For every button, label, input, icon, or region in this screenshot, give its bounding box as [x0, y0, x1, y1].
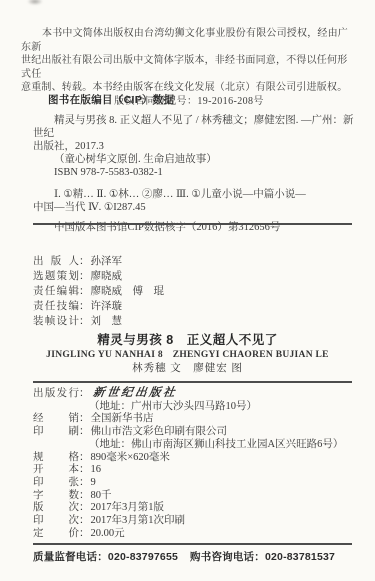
detail-value: 20.00元 [91, 528, 125, 539]
detail-row: 印次：2017年3月第1次印刷 [33, 515, 355, 528]
cip-class-line: 中国—当代 Ⅳ. ①I287.45 [33, 201, 355, 214]
staff-name: 许泽璇 [91, 301, 123, 312]
cip-heading: 图书在版编目（CIP）数据 [48, 94, 355, 107]
divider-rule [33, 381, 352, 383]
cip-class-line: Ⅰ. ①精… Ⅱ. ①林… ②廖… Ⅲ. ①儿童小说—中篇小说— [33, 188, 355, 201]
detail-label: 规格 [33, 452, 79, 465]
book-title: 精灵与男孩 8 正义超人不见了 [0, 333, 375, 348]
detail-label: 印张 [33, 477, 79, 490]
cip-entry-line: 精灵与男孩 8. 正义超人不见了 / 林秀穗文；廖健宏图. —广州：新世纪 [33, 114, 355, 140]
staff-row: 选题策划：廖晓威 [33, 269, 333, 284]
colon: ： [79, 502, 90, 515]
detail-address: （地址：广州市大沙头四马路10号） [89, 401, 355, 414]
colon: ： [79, 314, 90, 329]
staff-name: 刘 慧 [91, 316, 123, 327]
staff-role: 出版人 [33, 254, 79, 269]
staff-name: 廖晓威 傅 琨 [91, 286, 165, 297]
book-title-pinyin: JINGLING YU NANHAI 8 ZHENGYI CHAOREN BUJ… [0, 348, 375, 362]
cip-entry-line: 出版社，2017.3 [33, 140, 355, 153]
detail-value: 80千 [91, 490, 112, 501]
detail-value: 佛山市浩文彩色印刷有限公司 [91, 426, 228, 437]
detail-label: 字数 [33, 490, 79, 503]
colon: ： [79, 490, 90, 503]
staff-row: 出版人：孙泽军 [33, 254, 333, 269]
detail-label: 开本 [33, 464, 79, 477]
scan-artifact [27, 0, 43, 5]
colon: ： [79, 284, 90, 299]
detail-row: 出版发行：新世纪出版社 [33, 387, 355, 401]
staff-role: 责任技编 [33, 299, 79, 314]
detail-label: 定价 [33, 528, 79, 541]
staff-role: 装帧设计 [33, 314, 79, 329]
detail-row: 印张：9 [33, 477, 355, 490]
detail-label: 经销 [33, 413, 79, 426]
staff-name: 廖晓威 [91, 271, 123, 282]
detail-row: 印刷：佛山市浩文彩色印刷有限公司 [33, 426, 355, 439]
colon: ： [79, 269, 90, 284]
staff-role: 选题策划 [33, 269, 79, 284]
divider-rule [33, 223, 352, 225]
detail-row: 定价：20.00元 [33, 528, 355, 541]
quality-phone: 质量监督电话：020-83797655 [33, 551, 178, 563]
detail-address: （地址：佛山市南海区狮山科技工业园A区兴旺路6号） [89, 439, 355, 452]
copyright-line: 本书中文简体出版权由台湾幼狮文化事业股份有限公司授权，经由广东新 [21, 27, 357, 54]
detail-label: 出版发行 [33, 388, 79, 401]
detail-row: 字数：80千 [33, 490, 355, 503]
colon: ： [79, 426, 90, 439]
colon: ： [79, 477, 90, 490]
detail-value: 全国新华书店 [91, 413, 154, 424]
footer-phones: 质量监督电话：020-83797655购书咨询电话：020-83781537 [33, 549, 363, 564]
detail-value: 890毫米×620毫米 [91, 452, 170, 463]
cip-isbn: ISBN 978-7-5583-0382-1 [33, 166, 355, 179]
staff-name: 孙泽军 [91, 256, 123, 267]
cip-series-line: （童心树华文原创. 生命启迪故事） [33, 153, 355, 166]
detail-value: 2017年3月第1次印刷 [91, 515, 186, 526]
colon: ： [79, 528, 90, 541]
staff-row: 装帧设计：刘 慧 [33, 314, 333, 329]
publishing-details: 出版发行：新世纪出版社 （地址：广州市大沙头四马路10号） 经销：全国新华书店 … [33, 387, 355, 540]
colon: ： [79, 452, 90, 465]
detail-label: 印刷 [33, 426, 79, 439]
detail-row: 版次：2017年3月第1版 [33, 502, 355, 515]
copyright-line: 世纪出版社有限公司出版中文简体字版本，非经书面同意，不得以任何形式任 [21, 54, 357, 81]
purchase-phone: 购书咨询电话：020-83781537 [190, 551, 335, 563]
detail-label: 印次 [33, 515, 79, 528]
colon: ： [79, 413, 90, 426]
staff-row: 责任编辑：廖晓威 傅 琨 [33, 284, 333, 299]
staff-row: 责任技编：许泽璇 [33, 299, 333, 314]
detail-row: 规格：890毫米×620毫米 [33, 452, 355, 465]
divider-rule [33, 543, 352, 545]
detail-row: 开本：16 [33, 464, 355, 477]
detail-value: 16 [91, 464, 102, 475]
staff-role: 责任编辑 [33, 284, 79, 299]
publisher-logotype: 新世纪出版社 [92, 387, 178, 400]
copyright-line: 意重制、转载。本书经由版客在线文化发展（北京）有限公司引进版权。 [21, 81, 357, 95]
colon: ： [79, 299, 90, 314]
colon: ： [79, 254, 90, 269]
detail-row: 经销：全国新华书店 [33, 413, 355, 426]
detail-value: 9 [91, 477, 96, 488]
detail-label: 版次 [33, 502, 79, 515]
book-authors: 林秀穗 文 廖健宏 图 [0, 362, 375, 376]
colon: ： [79, 388, 90, 401]
title-block: 精灵与男孩 8 正义超人不见了 JINGLING YU NANHAI 8 ZHE… [0, 333, 375, 376]
cip-block: 图书在版编目（CIP）数据 精灵与男孩 8. 正义超人不见了 / 林秀穗文；廖健… [33, 94, 355, 234]
colon: ： [79, 464, 90, 477]
detail-value: 2017年3月第1版 [91, 502, 165, 513]
colon: ： [79, 515, 90, 528]
copyright-page: 本书中文简体出版权由台湾幼狮文化事业股份有限公司授权，经由广东新 世纪出版社有限… [0, 0, 375, 581]
staff-credits: 出版人：孙泽军 选题策划：廖晓威 责任编辑：廖晓威 傅 琨 责任技编：许泽璇 装… [33, 254, 333, 329]
